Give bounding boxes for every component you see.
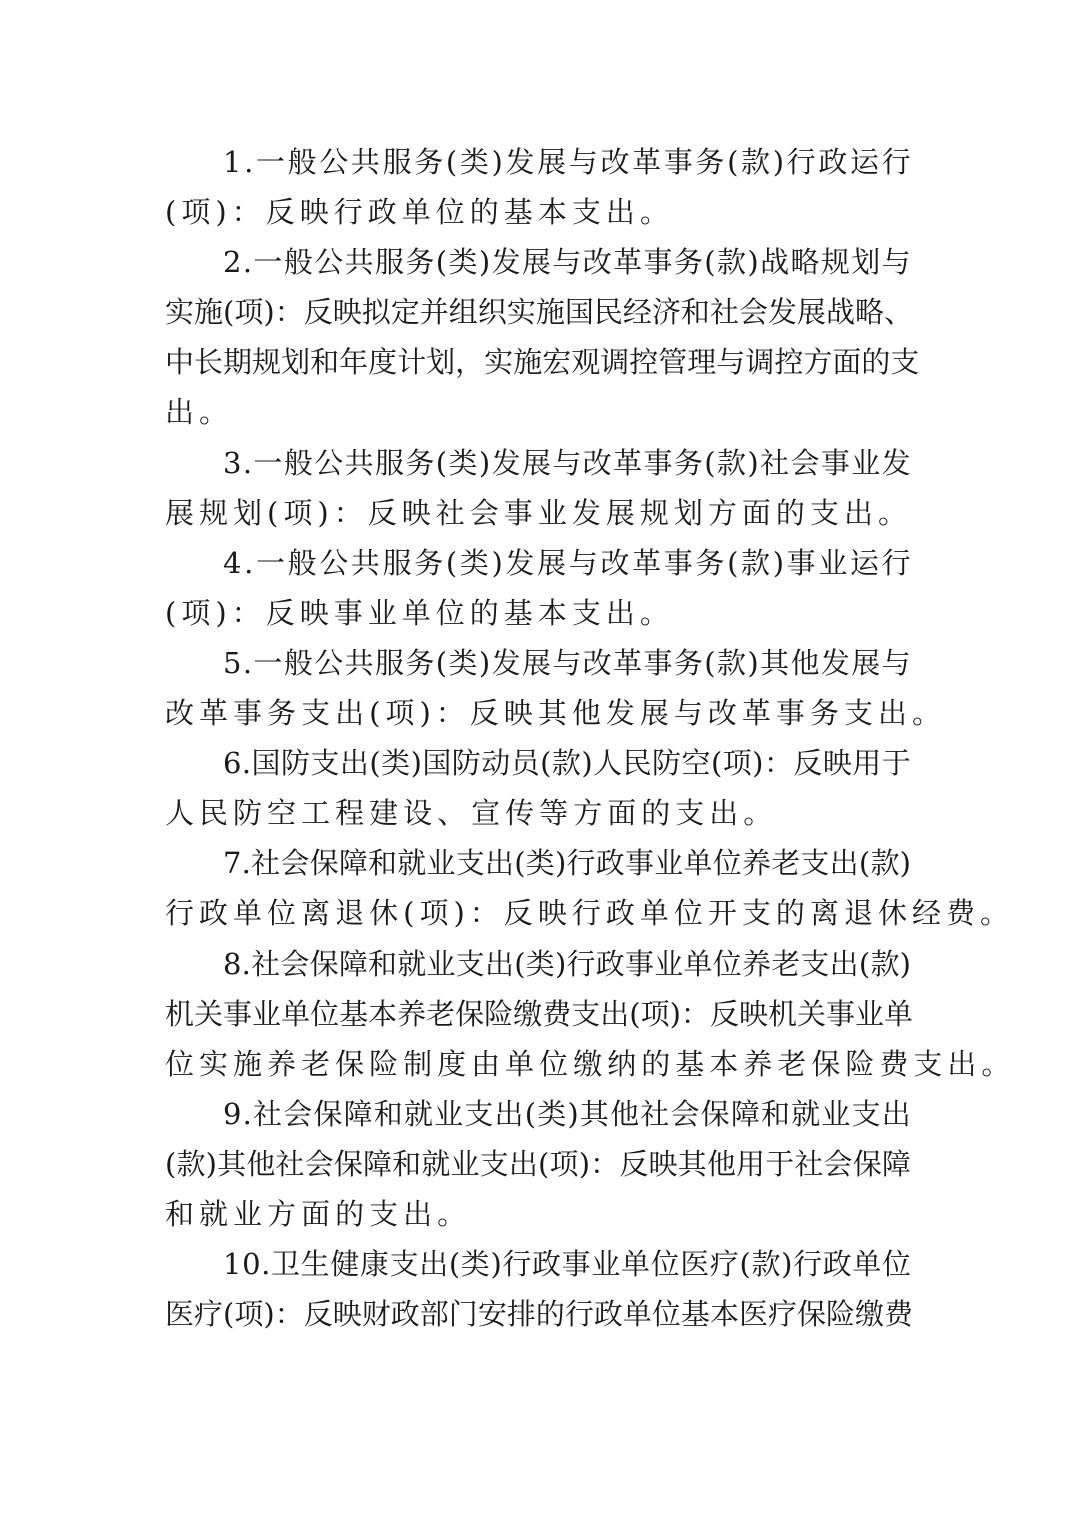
document-page: 1.一般公共服务(类)发展与改革事务(款)行政运行(项)：反映行政单位的基本支出… bbox=[165, 137, 911, 1339]
paragraph-line: 机关事业单位基本养老保险缴费支出(项)：反映机关事业单 bbox=[165, 989, 911, 1039]
paragraph-item-8: 8.社会保障和就业支出(类)行政事业单位养老支出(款)机关事业单位基本养老保险缴… bbox=[165, 939, 911, 1089]
paragraph-item-4: 4.一般公共服务(类)发展与改革事务(款)事业运行(项)：反映事业单位的基本支出… bbox=[165, 538, 911, 638]
paragraph-line: 4.一般公共服务(类)发展与改革事务(款)事业运行 bbox=[165, 538, 911, 588]
paragraph-line: 6.国防支出(类)国防动员(款)人民防空(项)：反映用于 bbox=[165, 738, 911, 788]
paragraph-item-1: 1.一般公共服务(类)发展与改革事务(款)行政运行(项)：反映行政单位的基本支出… bbox=[165, 137, 911, 237]
paragraph-line: 和就业方面的支出。 bbox=[165, 1189, 911, 1239]
paragraph-line: (项)：反映事业单位的基本支出。 bbox=[165, 588, 911, 638]
paragraph-item-3: 3.一般公共服务(类)发展与改革事务(款)社会事业发展规划(项)：反映社会事业发… bbox=[165, 438, 911, 538]
paragraph-line: 7.社会保障和就业支出(类)行政事业单位养老支出(款) bbox=[165, 838, 911, 888]
paragraph-line: 10.卫生健康支出(类)行政事业单位医疗(款)行政单位 bbox=[165, 1239, 911, 1289]
paragraph-line: 中长期规划和年度计划，实施宏观调控管理与调控方面的支 bbox=[165, 337, 911, 387]
paragraph-line: 9.社会保障和就业支出(类)其他社会保障和就业支出 bbox=[165, 1089, 911, 1139]
paragraph-line: 展规划(项)：反映社会事业发展规划方面的支出。 bbox=[165, 488, 911, 538]
paragraph-line: 行政单位离退休(项)：反映行政单位开支的离退休经费。 bbox=[165, 888, 911, 938]
paragraph-item-2: 2.一般公共服务(类)发展与改革事务(款)战略规划与实施(项)：反映拟定并组织实… bbox=[165, 237, 911, 437]
paragraph-line: 5.一般公共服务(类)发展与改革事务(款)其他发展与 bbox=[165, 638, 911, 688]
paragraph-item-9: 9.社会保障和就业支出(类)其他社会保障和就业支出(款)其他社会保障和就业支出(… bbox=[165, 1089, 911, 1239]
paragraph-line: (款)其他社会保障和就业支出(项)：反映其他用于社会保障 bbox=[165, 1139, 911, 1189]
paragraph-line: 8.社会保障和就业支出(类)行政事业单位养老支出(款) bbox=[165, 939, 911, 989]
paragraph-item-5: 5.一般公共服务(类)发展与改革事务(款)其他发展与改革事务支出(项)：反映其他… bbox=[165, 638, 911, 738]
paragraph-line: 实施(项)：反映拟定并组织实施国民经济和社会发展战略、 bbox=[165, 287, 911, 337]
paragraph-item-7: 7.社会保障和就业支出(类)行政事业单位养老支出(款)行政单位离退休(项)：反映… bbox=[165, 838, 911, 938]
paragraph-line: (项)：反映行政单位的基本支出。 bbox=[165, 187, 911, 237]
paragraph-line: 位实施养老保险制度由单位缴纳的基本养老保险费支出。 bbox=[165, 1039, 911, 1089]
paragraph-item-6: 6.国防支出(类)国防动员(款)人民防空(项)：反映用于人民防空工程建设、宣传等… bbox=[165, 738, 911, 838]
paragraph-line: 人民防空工程建设、宣传等方面的支出。 bbox=[165, 788, 911, 838]
paragraph-line: 3.一般公共服务(类)发展与改革事务(款)社会事业发 bbox=[165, 438, 911, 488]
paragraph-line: 医疗(项)：反映财政部门安排的行政单位基本医疗保险缴费 bbox=[165, 1289, 911, 1339]
paragraph-line: 2.一般公共服务(类)发展与改革事务(款)战略规划与 bbox=[165, 237, 911, 287]
paragraph-line: 1.一般公共服务(类)发展与改革事务(款)行政运行 bbox=[165, 137, 911, 187]
paragraph-line: 出。 bbox=[165, 387, 911, 437]
paragraph-item-10: 10.卫生健康支出(类)行政事业单位医疗(款)行政单位医疗(项)：反映财政部门安… bbox=[165, 1239, 911, 1339]
paragraph-line: 改革事务支出(项)：反映其他发展与改革事务支出。 bbox=[165, 688, 911, 738]
